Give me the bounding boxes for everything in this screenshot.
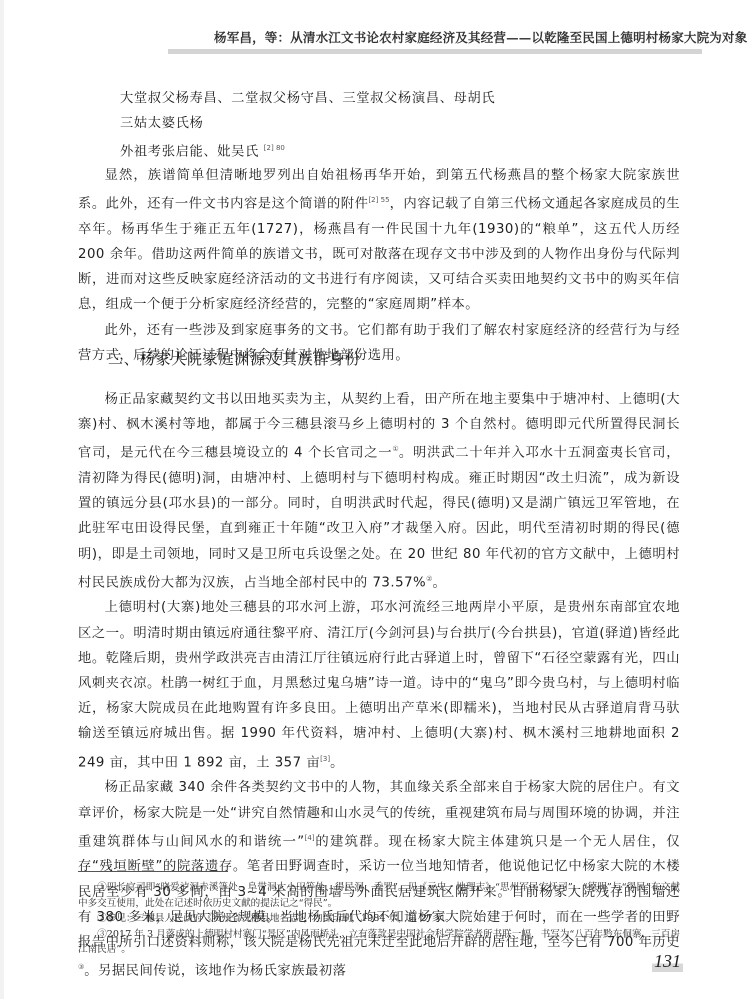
running-head-title: 杨军昌，等：从清水江文书论农村家庭经济及其经营——以乾隆至民国上德明村杨家大院为…	[214, 28, 468, 46]
paragraph: 上德明村(大寨)地处三穗县的邛水河上游，邛水河流经三地两岸小平原，是贵州东南部宜…	[78, 595, 680, 775]
footnote: ②参见：三穗县人民政府《贵州省三穗县地名志》，内部印刷，1984 年，第 27 …	[78, 911, 680, 927]
citation-marker: [3]	[320, 755, 330, 763]
citation-marker: [2] 55	[368, 196, 389, 204]
page-edge	[0, 0, 4, 999]
footnotes: ①四长官司即“晓爱泸洞赤溪等处、阜带洞大小田等处、得民洞、秃罗”。见《元史・地理…	[78, 880, 680, 958]
footnote: ①四长官司即“晓爱泸洞赤溪等处、阜带洞大小田等处、得民洞、秃罗”。见《元史・地理…	[78, 880, 680, 911]
genealogy-list: 大堂叔父杨寿昌、二堂叔父杨守昌、三堂叔父杨演昌、母胡氏 三姑太婆氏杨 外祖考张启…	[120, 86, 495, 164]
genealogy-line: 大堂叔父杨寿昌、二堂叔父杨守昌、三堂叔父杨演昌、母胡氏	[120, 86, 495, 111]
genealogy-line: 三姑太婆氏杨	[120, 111, 495, 136]
footnote: ③2017 年 3 月落成的上德明村村寨门“景区”内风雨桥头，立有落款是中国社会…	[78, 927, 680, 958]
citation-marker: [2] 80	[264, 144, 285, 152]
citation-marker: [4]	[305, 834, 315, 842]
footnote-divider	[78, 871, 228, 872]
header-rule	[168, 49, 702, 54]
genealogy-line: 外祖考张启能、妣吴氏 [2] 80	[120, 136, 495, 164]
section-heading: 二、杨家大院家庭渊源及其族群身份	[108, 348, 361, 369]
paragraph: 显然，族谱简单但清晰地罗列出自始祖杨再华开始，到第五代杨燕昌的整个杨家大院家族世…	[78, 163, 680, 318]
body-section-1: 显然，族谱简单但清晰地罗列出自始祖杨再华开始，到第五代杨燕昌的整个杨家大院家族世…	[78, 163, 680, 368]
page-number: 131	[652, 951, 683, 972]
paragraph: 杨正品家藏契约文书以田地买卖为主，从契约上看，田产所在地主要集中于塘冲村、上德明…	[78, 387, 680, 595]
